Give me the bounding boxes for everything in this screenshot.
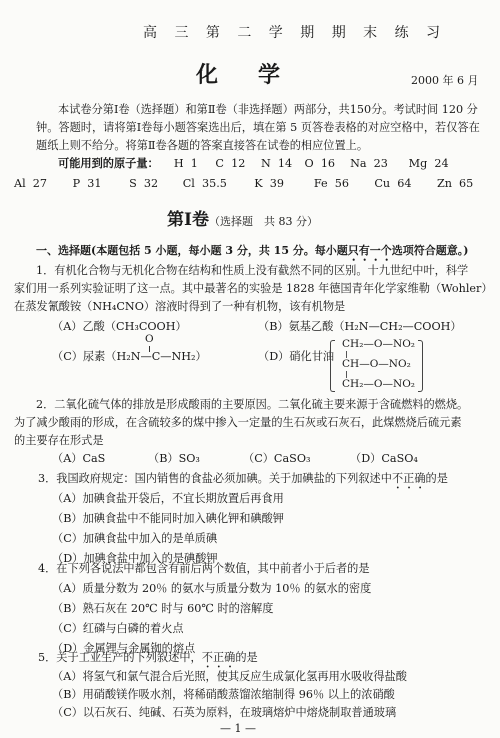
atomic-mass: 23 bbox=[374, 157, 388, 170]
atomic-mass: 32 bbox=[144, 177, 158, 190]
nitroglycerin-line-1: CH₂—O—NO₂ bbox=[342, 338, 415, 350]
atomic-mass: 39 bbox=[270, 177, 284, 190]
element-symbol: N bbox=[261, 157, 271, 170]
q4-option-a[interactable]: （A）质量分数为 20％ 的氨水与质量分数为 10％ 的氨水的密度 bbox=[52, 580, 371, 596]
q1-option-d[interactable]: （D）硝化甘油 bbox=[258, 348, 334, 364]
element-symbol: P bbox=[73, 177, 81, 190]
page-number: — 1 — bbox=[220, 722, 256, 735]
intro-paragraph: 本试卷分第Ⅰ卷（选择题）和第Ⅱ卷（非选择题）两部分，共150分。考试时间 120… bbox=[36, 101, 480, 155]
q5-option-a[interactable]: （A）将氢气和氯气混合后光照，使其反应生成氯化氢再用水吸收得盐酸 bbox=[52, 668, 407, 684]
stem-text: 的是 bbox=[235, 651, 257, 664]
question-1-stem-line: 家们用一系列实验证明了这一点。其中最著名的实验是 1828 年德国青年化学家维勒… bbox=[14, 280, 493, 298]
q4-option-b[interactable]: （B）熟石灰在 20℃ 时与 60℃ 时的溶解度 bbox=[52, 600, 273, 616]
urea-formula: H₂N—C—NH₂ bbox=[117, 350, 196, 363]
stem-text: 的是 bbox=[426, 472, 448, 485]
exam-subtitle: 高 三 第 二 学 期 期 末 练 习 bbox=[143, 22, 447, 42]
section-1-heading: 一、选择题(本题包括 5 小题，每小题 3 分，共 15 分。每小题只有一个选项… bbox=[36, 242, 469, 264]
element-symbol: K bbox=[254, 177, 262, 190]
question-2-stem-line: 为了减少酸雨的形成，在含硫较多的煤中掺入一定量的生石灰或石灰石，此煤燃烧后硫元素 bbox=[14, 414, 468, 432]
bracket-right bbox=[418, 340, 423, 392]
element-symbol: H bbox=[174, 157, 184, 170]
question-3-stem: 3．我国政府规定：国内销售的食盐必须加碘。关于加碘盐的下列叙述中不正确的是 bbox=[38, 470, 448, 492]
q1-option-a[interactable]: （A）乙酸（CH₃COOH） bbox=[52, 318, 187, 334]
atomic-mass: 12 bbox=[231, 157, 245, 170]
atomic-mass: 64 bbox=[397, 177, 411, 190]
q3-option-a[interactable]: （A）加碘食盐开袋后，不宜长期放置后再食用 bbox=[52, 490, 284, 506]
element-symbol: Al bbox=[14, 177, 26, 190]
element-symbol: O bbox=[305, 157, 314, 170]
subject-title: 化学 bbox=[196, 58, 320, 89]
stem-text: 5．关于工业生产的下列叙述中， bbox=[38, 651, 202, 664]
atomic-masses-row-1: 可能用到的原子量： H 1 C 12 N 14 O 16 Na 23 Mg 24 bbox=[58, 155, 449, 171]
q5-option-c[interactable]: （C）以石灰石、纯碱、石英为原料，在玻璃熔炉中熔烧制取普通玻璃 bbox=[52, 704, 396, 720]
question-2-stem-line: 的主要存在形式是 bbox=[14, 432, 468, 450]
section-heading-text: 一、选择题(本题包括 5 小题，每小题 3 分，共 15 分。每小题 bbox=[36, 244, 348, 257]
q5-option-b[interactable]: （B）用硝酸镁作吸水剂，将稀硝酸蒸馏浓缩制得 96％ 以上的浓硝酸 bbox=[52, 686, 395, 702]
q2-option-a[interactable]: （A）CaS bbox=[52, 450, 105, 466]
q3-option-c[interactable]: （C）加碘食盐中加入的是单质碘 bbox=[52, 530, 217, 546]
atomic-mass: 24 bbox=[434, 157, 448, 170]
q2-option-d[interactable]: （D）CaSO₄ bbox=[350, 450, 418, 466]
question-1-stem-line: 在蒸发氰酸铵（NH₄CNO）溶液时得到了一种有机物，该有机物是 bbox=[14, 298, 493, 316]
q2-option-c[interactable]: （C）CaSO₃ bbox=[243, 450, 311, 466]
q3-option-b[interactable]: （B）加碘食盐中不能同时加入碘化钾和碘酸钾 bbox=[52, 510, 284, 526]
part-1-title: 第Ⅰ卷（选择题 共 83 分） bbox=[167, 205, 318, 230]
q1-option-b[interactable]: （B）氨基乙酸（H₂N—CH₂—COOH） bbox=[258, 318, 462, 334]
element-symbol: Na bbox=[350, 157, 366, 170]
bond-line bbox=[346, 371, 347, 378]
element-symbol: C bbox=[215, 157, 224, 170]
atomic-mass-label: 可能用到的原子量： bbox=[58, 156, 159, 170]
section-heading-emphasis: 只有一个 bbox=[348, 244, 392, 257]
section-heading-text: 选项符合题意。) bbox=[392, 244, 469, 257]
option-d-label: （D）硝化甘油 bbox=[258, 350, 334, 363]
question-1: 1．有机化合物与无机化合物在结构和性质上没有截然不同的区别。十九世纪中叶，科学 … bbox=[14, 262, 493, 316]
stem-emphasis: 不正确 bbox=[392, 472, 426, 485]
element-symbol: Fe bbox=[314, 177, 328, 190]
q4-option-c[interactable]: （C）红磷与白磷的着火点 bbox=[52, 620, 184, 636]
atomic-mass: 35.5 bbox=[202, 177, 227, 190]
intro-line: 本试卷分第Ⅰ卷（选择题）和第Ⅱ卷（非选择题）两部分，共150分。考试时间 120… bbox=[36, 101, 480, 119]
element-symbol: S bbox=[129, 177, 137, 190]
part-1-label: 第Ⅰ卷 bbox=[167, 210, 209, 230]
element-symbol: Cu bbox=[374, 177, 390, 190]
atomic-mass: 65 bbox=[459, 177, 473, 190]
atomic-mass: 31 bbox=[87, 177, 101, 190]
double-bond-line bbox=[149, 346, 150, 352]
q1-option-c[interactable]: （C）尿素（H₂N—C—NH₂） bbox=[52, 348, 207, 364]
bond-line bbox=[346, 351, 347, 358]
element-symbol: Zn bbox=[437, 177, 452, 190]
question-1-stem-line: 1．有机化合物与无机化合物在结构和性质上没有截然不同的区别。十九世纪中叶，科学 bbox=[14, 262, 493, 280]
stem-emphasis: 不正确 bbox=[202, 651, 236, 664]
q2-option-b[interactable]: （B）SO₃ bbox=[148, 450, 200, 466]
bracket-left bbox=[330, 340, 335, 392]
question-2: 2．二氧化硫气体的排放是形成酸雨的主要原因。二氧化硫主要来源于含硫燃料的燃烧。 … bbox=[14, 396, 468, 450]
element-symbol: Mg bbox=[409, 157, 428, 170]
stem-text: 3．我国政府规定：国内销售的食盐必须加碘。关于加碘盐的下列叙述中 bbox=[38, 472, 392, 485]
exam-date: 2000 年 6 月 bbox=[411, 72, 478, 88]
atomic-mass: 16 bbox=[321, 157, 335, 170]
urea-carbonyl-o: O bbox=[145, 333, 154, 345]
atomic-masses-row-2: Al 27 P 31 S 32 Cl 35.5 K 39 Fe 56 Cu 64… bbox=[14, 177, 473, 190]
paren-close: ） bbox=[196, 350, 207, 363]
intro-line: 题纸上则不给分。将第Ⅱ卷各题的答案直接答在试卷的相应位置上。 bbox=[36, 137, 480, 155]
nitroglycerin-line-3: CH₂—O—NO₂ bbox=[342, 378, 415, 390]
atomic-mass: 56 bbox=[335, 177, 349, 190]
atomic-mass: 14 bbox=[278, 157, 292, 170]
option-c-label: （C）尿素（ bbox=[52, 350, 117, 363]
element-symbol: Cl bbox=[183, 177, 195, 190]
atomic-mass: 27 bbox=[33, 177, 47, 190]
question-2-stem-line: 2．二氧化硫气体的排放是形成酸雨的主要原因。二氧化硫主要来源于含硫燃料的燃烧。 bbox=[14, 396, 468, 414]
part-1-note: （选择题 共 83 分） bbox=[209, 215, 318, 228]
atomic-mass: 1 bbox=[191, 157, 198, 170]
nitroglycerin-line-2: CH—O—NO₂ bbox=[342, 358, 411, 370]
question-4-stem: 4．在下列各说法中都包含有前后两个数值，其中前者小于后者的是 bbox=[38, 560, 370, 576]
intro-line: 钟。答题时，请将第Ⅰ卷每小题答案选出后，填在第 5 页答卷表格的对应空格中，若仅… bbox=[36, 119, 480, 137]
